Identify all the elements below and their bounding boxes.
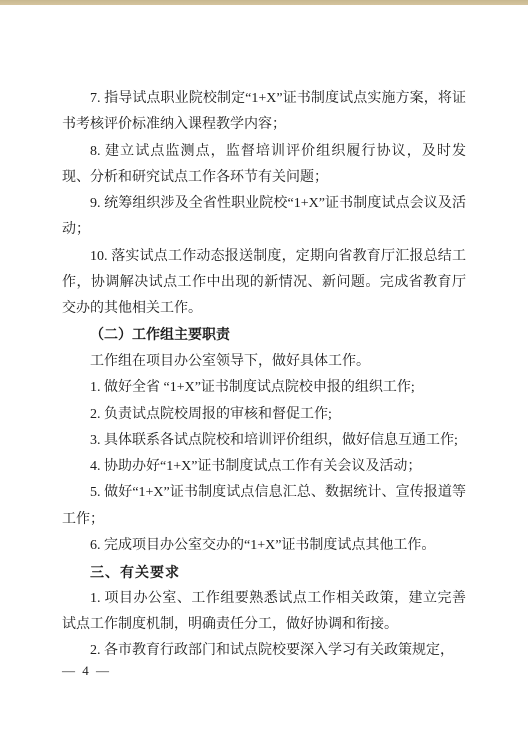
paragraph: 6. 完成项目办公室交办的“1+X”证书制度试点其他工作。 bbox=[62, 533, 466, 559]
document-body: 7. 指导试点职业院校制定“1+X”证书制度试点实施方案，将证书考核评价标准纳入… bbox=[62, 86, 466, 665]
section-heading: （二）工作组主要职责 bbox=[62, 323, 466, 349]
paragraph: 2. 负责试点院校周报的审核和督促工作; bbox=[62, 402, 466, 428]
document-page: 7. 指导试点职业院校制定“1+X”证书制度试点实施方案，将证书考核评价标准纳入… bbox=[0, 0, 528, 748]
paragraph: 10. 落实试点工作动态报送制度，定期向省教育厅汇报总结工作，协调解决试点工作中… bbox=[62, 244, 466, 323]
paragraph: 1. 做好全省 “1+X”证书制度试点院校申报的组织工作; bbox=[62, 375, 466, 401]
paragraph: 工作组在项目办公室领导下，做好具体工作。 bbox=[62, 349, 466, 375]
paragraph: 9. 统筹组织涉及全省性职业院校“1+X”证书制度试点会议及活动； bbox=[62, 191, 466, 244]
paragraph: 8. 建立试点监测点，监督培训评价组织履行协议，及时发现、分析和研究试点工作各环… bbox=[62, 139, 466, 192]
paragraph: 4. 协助办好“1+X”证书制度试点工作有关会议及活动； bbox=[62, 454, 466, 480]
section-heading: 三、有关要求 bbox=[62, 559, 466, 585]
paragraph: 2. 各市教育行政部门和试点院校要深入学习有关政策规定， bbox=[62, 638, 466, 664]
page-number: — 4 — bbox=[62, 663, 111, 679]
paragraph: 5. 做好“1+X”证书制度试点信息汇总、数据统计、宣传报道等工作； bbox=[62, 480, 466, 533]
scan-edge-strip bbox=[0, 0, 528, 5]
paragraph: 3. 具体联系各试点院校和培训评价组织，做好信息互通工作; bbox=[62, 428, 466, 454]
paragraph: 1. 项目办公室、工作组要熟悉试点工作相关政策，建立完善试点工作制度机制，明确责… bbox=[62, 586, 466, 639]
paragraph: 7. 指导试点职业院校制定“1+X”证书制度试点实施方案，将证书考核评价标准纳入… bbox=[62, 86, 466, 139]
